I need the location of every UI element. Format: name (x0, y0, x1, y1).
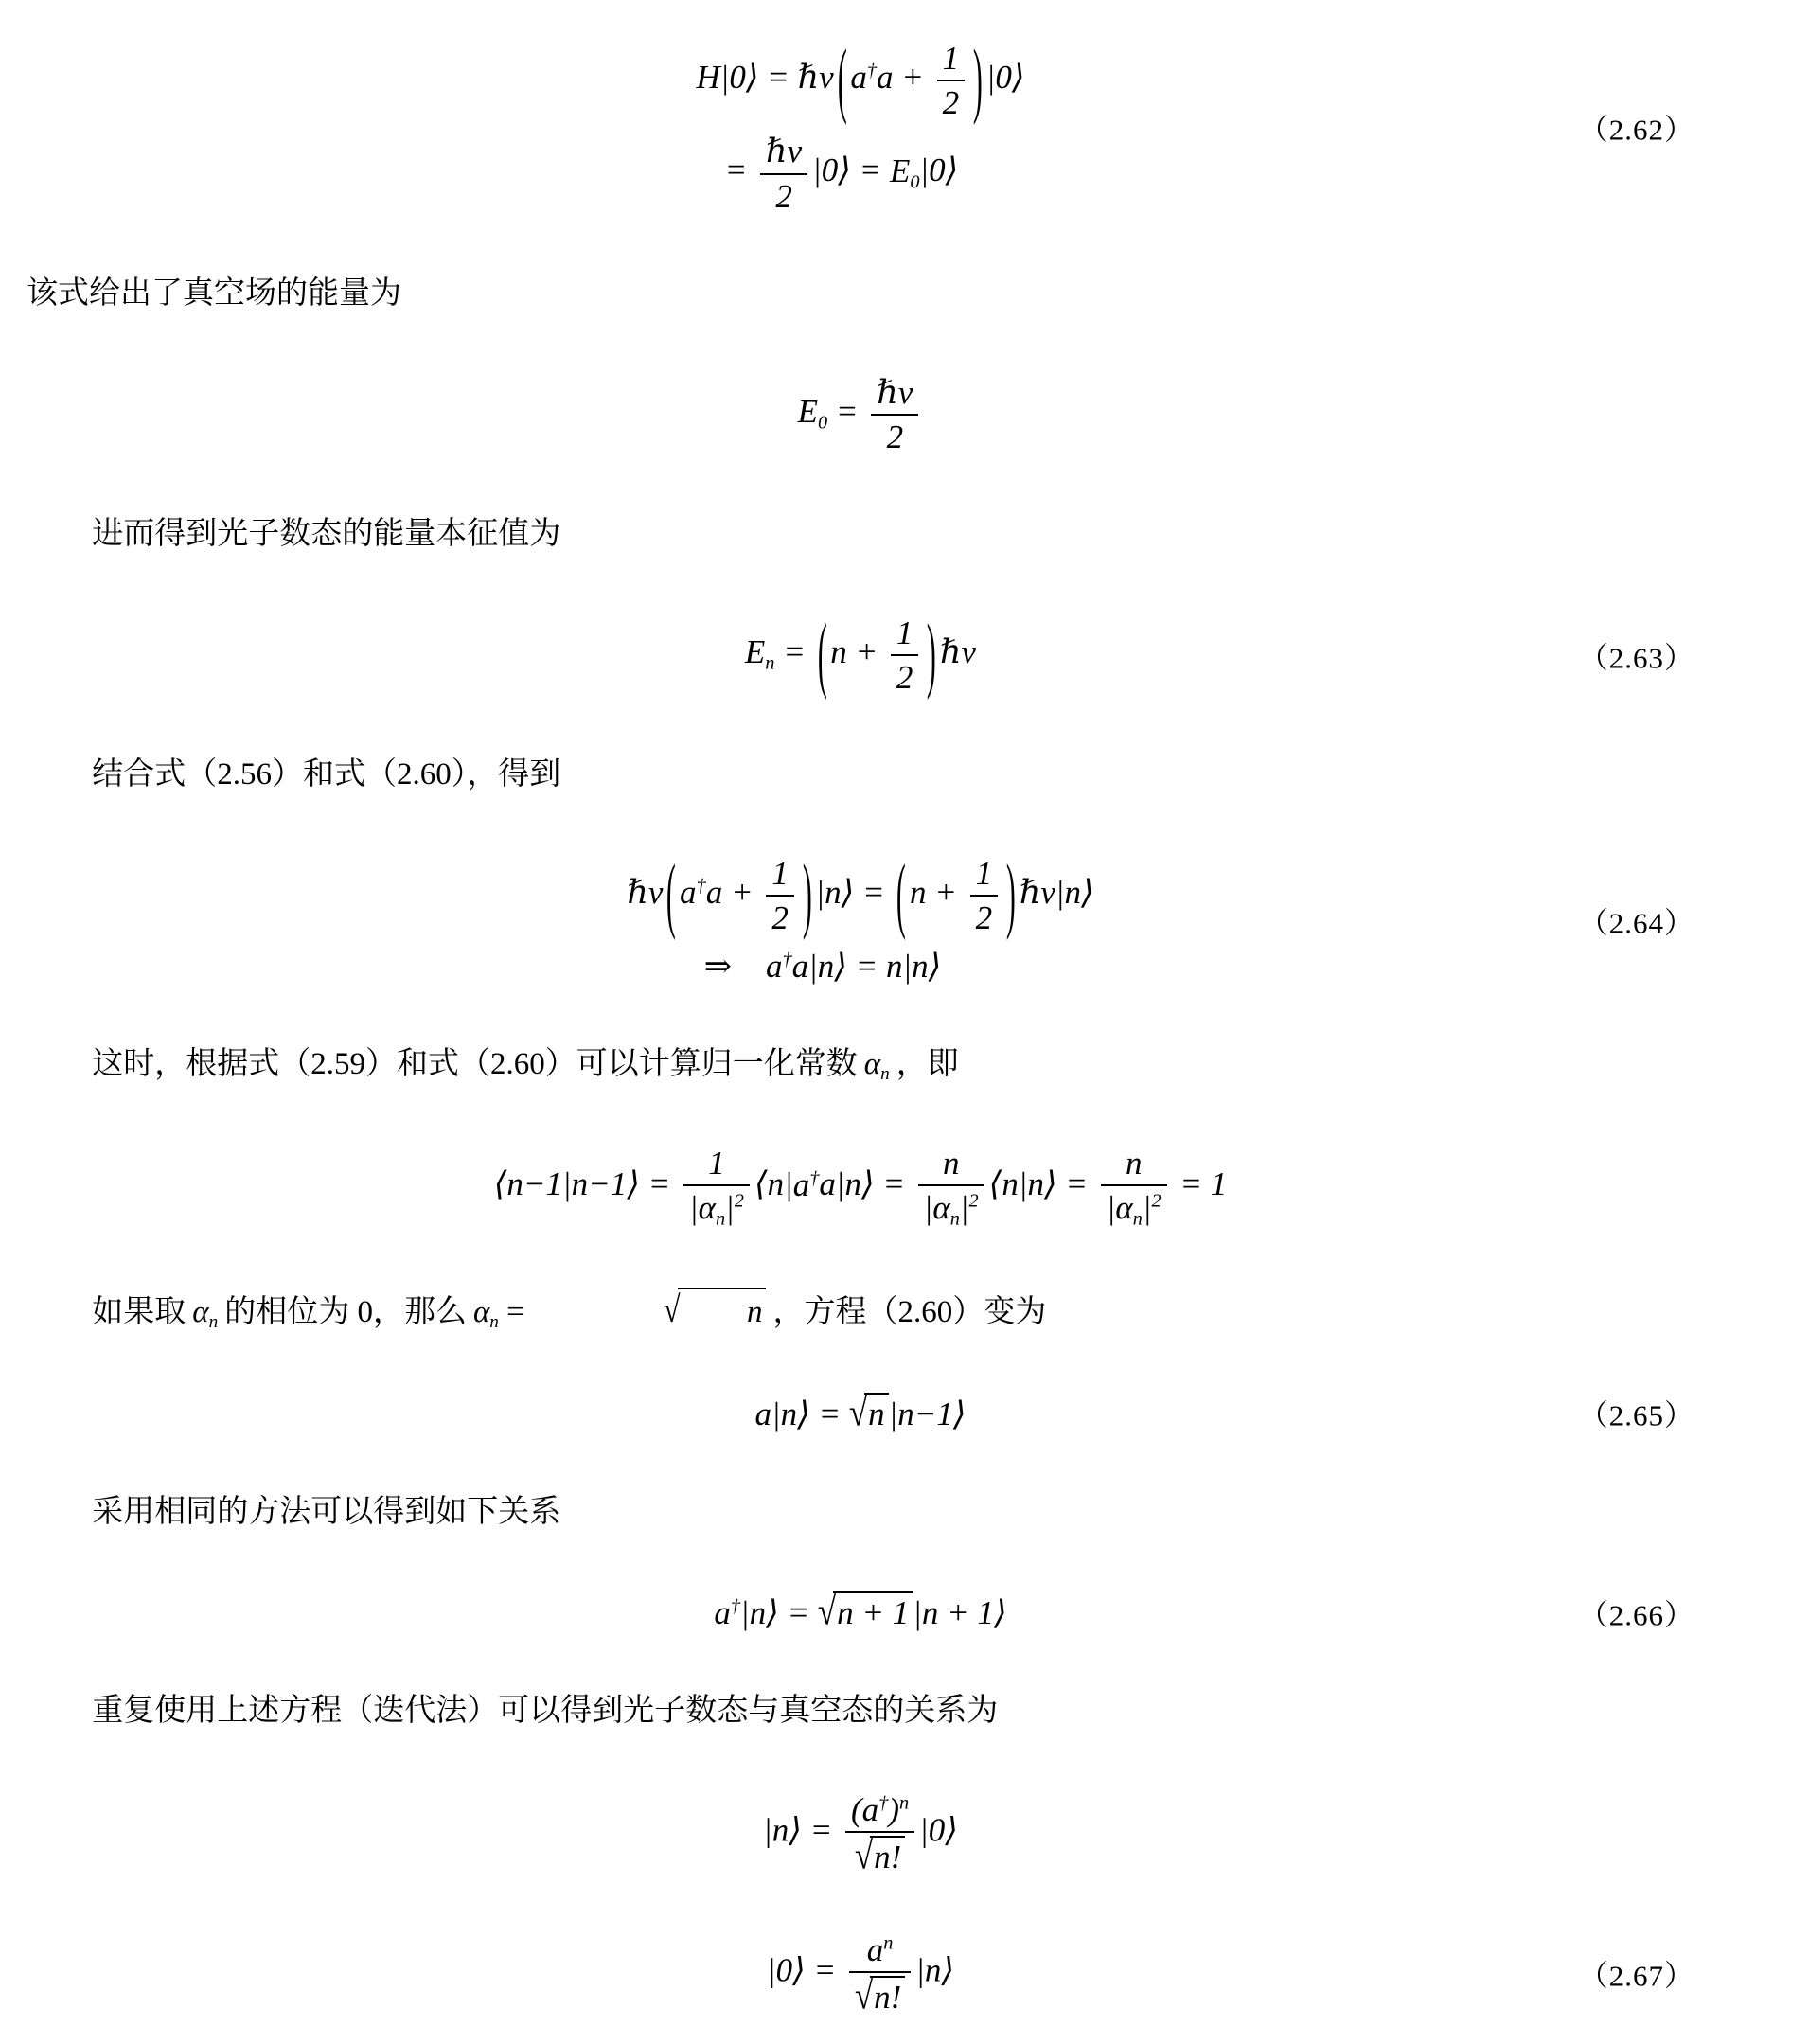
fraction: 1|αn|2 (683, 1145, 750, 1230)
scripted-symbol: a† (714, 1594, 740, 1631)
radical-sign: √ (818, 1590, 836, 1634)
math-text: 1 (708, 1145, 725, 1182)
paragraph: 结合式（2.56）和式（2.60），得到 (27, 753, 1694, 798)
fraction-numerator: (a†)n (845, 1791, 914, 1831)
math-text: |n⟩ = (740, 1594, 818, 1631)
fraction-numerator: 1 (683, 1145, 750, 1184)
fraction-numerator: n (1101, 1145, 1167, 1184)
normalization-equation: ⟨n−1|n−1⟩ = 1|αn|2⟨n|a†a|n⟩ = n|αn|2⟨n|n… (27, 1133, 1694, 1241)
equation-line: E0 = ℏv2 (798, 374, 924, 455)
scripted-symbol: E0 (798, 393, 828, 430)
math-text: |0⟩ = (767, 1951, 844, 1988)
math-text: 2 (887, 418, 904, 455)
equation-line: = ℏv2|0⟩ = E0|0⟩ (696, 133, 1024, 214)
superscript: † (783, 950, 792, 970)
math-text: ℏv (877, 374, 913, 411)
math-text: ⟨n|n⟩ = (989, 1166, 1096, 1203)
scripted-symbol: a† (680, 874, 706, 911)
equation-lines: |n⟩ = (a†)n√n!|0⟩ (763, 1780, 958, 1887)
equation-2-62: H|0⟩ = ℏv(a†a + 12)|0⟩= ℏv2|0⟩ = E0|0⟩（2… (27, 28, 1694, 226)
math-text: ℏv (766, 133, 802, 169)
subscript: n (765, 653, 774, 674)
equation-lines: H|0⟩ = ℏv(a†a + 12)|0⟩= ℏv2|0⟩ = E0|0⟩ (696, 28, 1024, 226)
base-symbol: | (960, 1189, 969, 1226)
math-upright: ⇒ (704, 948, 732, 985)
math-text: |0⟩ (986, 59, 1025, 96)
math-text: |n⟩ (915, 1951, 954, 1988)
base-symbol: α (192, 1295, 208, 1329)
text-run: 采用相同的方法可以得到如下关系 (92, 1495, 560, 1529)
base-symbol: E (890, 152, 910, 189)
fraction: ℏv2 (760, 133, 807, 214)
text-run: 该式给出了真空场的能量为 (27, 276, 401, 311)
equation-lines: ℏv(a†a + 12)|n⟩ = (n + 12)ℏv|n⟩⇒a†a|n⟩ =… (627, 844, 1093, 997)
math-text: 2 (896, 659, 913, 696)
equation-line: |0⟩ = an√n!|n⟩ (767, 1931, 954, 2016)
base-symbol: a (714, 1594, 731, 1631)
left-paren: ( (896, 847, 906, 944)
square-root: √n! (855, 1836, 905, 1875)
math-text: 2 (943, 84, 960, 121)
square-root: √n! (855, 1976, 905, 2016)
fraction-numerator: n (918, 1145, 984, 1184)
text-run: 的相位为 0，那么 (224, 1295, 467, 1329)
paren-inner: a†a + 12 (850, 59, 969, 96)
equation-2-66: a†|n⟩ = √n + 1|n + 1⟩（2.66） (27, 1580, 1694, 1644)
math-text: 1 (896, 614, 913, 651)
math-text: | (1107, 1189, 1116, 1226)
math-text: |0⟩ (920, 152, 959, 189)
text-run: ，即 (896, 1047, 959, 1081)
base-symbol: E (745, 633, 765, 670)
paragraph: 这时，根据式（2.59）和式（2.60）可以计算归一化常数αn，即 (27, 1042, 1694, 1088)
radical-sign: √ (849, 1390, 867, 1434)
math-text: a + (877, 59, 932, 96)
equation-line: ℏv(a†a + 12)|n⟩ = (n + 12)ℏv|n⟩ (627, 855, 1093, 936)
paragraph: 该式给出了真空场的能量为 (27, 272, 1694, 317)
fraction-denominator: 2 (760, 173, 807, 215)
math-text: n (747, 1295, 763, 1329)
math-text: 1 (943, 40, 960, 77)
paragraph: 重复使用上述方程（迭代法）可以得到光子数态与真空态的关系为 (27, 1689, 1694, 1734)
fraction-numerator: an (849, 1931, 911, 1971)
math-spacer (958, 181, 996, 182)
fraction-denominator: 2 (891, 654, 919, 696)
square-root: √n (849, 1393, 889, 1433)
scripted-symbol: αn (473, 1295, 499, 1329)
equation-lines: a|n⟩ = √n|n−1⟩ (754, 1381, 966, 1445)
equation-lines: En = (n + 12)ℏv (745, 603, 976, 707)
base-symbol: a (793, 1166, 810, 1203)
subscript: n (716, 1209, 725, 1230)
base-symbol: a (862, 1791, 879, 1828)
square-root: √n + 1 (818, 1591, 913, 1632)
equation-number: （2.66） (1579, 1591, 1694, 1633)
fraction-denominator: |αn|2 (918, 1184, 984, 1230)
base-symbol: a (766, 948, 783, 985)
math-text: |n⟩ = (763, 1812, 841, 1849)
inline-math: αn = √n (473, 1295, 767, 1329)
base-symbol: | (1143, 1189, 1152, 1226)
radicand: n (678, 1288, 767, 1336)
scripted-symbol: a† (850, 59, 877, 96)
scripted-symbol: a† (862, 1791, 889, 1828)
fraction-denominator: 2 (871, 414, 918, 455)
inline-math: αn (192, 1295, 218, 1329)
equation-number: （2.65） (1579, 1392, 1694, 1434)
equation-lines: |0⟩ = an√n!|n⟩ (767, 1920, 954, 2027)
text-run: 这时，根据式（2.59）和式（2.60）可以计算归一化常数 (92, 1047, 858, 1081)
left-paren: ( (666, 847, 676, 944)
subscript: 0 (818, 412, 827, 433)
scripted-symbol: αn (1115, 1189, 1143, 1226)
superscript: † (809, 1167, 819, 1188)
subscript: n (950, 1209, 960, 1230)
paren-inner: a†a + 12 (680, 874, 799, 911)
math-text: 1 (771, 855, 789, 892)
scripted-symbol: αn (864, 1047, 890, 1081)
math-text: = 1 (1172, 1166, 1228, 1203)
fraction: 12 (766, 855, 794, 936)
base-symbol: α (932, 1189, 949, 1226)
paren-inner: n + 12 (910, 874, 1002, 911)
superscript: n (883, 1932, 893, 1953)
equation-line: ⟨n−1|n−1⟩ = 1|αn|2⟨n|a†a|n⟩ = n|αn|2⟨n|n… (494, 1145, 1228, 1230)
fraction-numerator: 1 (766, 855, 794, 895)
fraction-denominator: √n! (849, 1971, 911, 2016)
fraction-numerator: 1 (937, 40, 966, 80)
math-text: = (725, 152, 755, 189)
inline-math: αn (864, 1047, 890, 1081)
fraction-denominator: √n! (845, 1831, 914, 1875)
paren-inner: n + 12 (830, 633, 923, 670)
base-symbol: α (864, 1047, 880, 1081)
base-symbol: | (725, 1189, 735, 1226)
base-symbol: α (1115, 1189, 1132, 1226)
subscript: n (209, 1312, 219, 1332)
math-text: ℏv (627, 874, 663, 911)
math-text: = (774, 633, 813, 670)
fraction-denominator: |αn|2 (1101, 1184, 1167, 1230)
document-page: H|0⟩ = ℏv(a†a + 12)|0⟩= ℏv2|0⟩ = E0|0⟩（2… (0, 0, 1809, 2044)
fraction-numerator: ℏv (760, 133, 807, 172)
math-text: |n⟩ = (815, 874, 893, 911)
subscript: n (1133, 1209, 1143, 1230)
equation-lines: a†|n⟩ = √n + 1|n + 1⟩ (714, 1580, 1006, 1644)
scripted-symbol: )n (888, 1791, 909, 1828)
radicand: n + 1 (833, 1591, 913, 1632)
superscript: 2 (969, 1191, 979, 1212)
text-run: 如果取 (92, 1295, 186, 1329)
vacuum-energy-equation: E0 = ℏv2 (27, 363, 1694, 467)
fraction: (a†)n√n! (845, 1791, 914, 1875)
radical-sign: √ (855, 1974, 873, 2017)
equation-2-65: a|n⟩ = √n|n−1⟩（2.65） (27, 1381, 1694, 1445)
equation-2-63: En = (n + 12)ℏv（2.63） (27, 603, 1694, 707)
superscript: † (697, 876, 706, 897)
base-symbol: a (680, 874, 697, 911)
math-upright: = (499, 1295, 532, 1329)
fraction-denominator: 2 (937, 80, 966, 121)
fraction: 12 (937, 40, 966, 121)
text-run: 重复使用上述方程（迭代法）可以得到光子数态与真空态的关系为 (92, 1694, 998, 1728)
fraction: an√n! (849, 1931, 911, 2016)
equation-line: En = (n + 12)ℏv (745, 614, 976, 696)
scripted-symbol: αn (192, 1295, 218, 1329)
fraction-denominator: 2 (766, 895, 794, 936)
scripted-symbol: αn (932, 1189, 960, 1226)
equation-2-67: |0⟩ = an√n!|n⟩（2.67） (27, 1920, 1694, 2027)
math-text: a|n⟩ = (754, 1395, 848, 1432)
fraction: 12 (970, 855, 999, 936)
math-text: 1 (976, 855, 993, 892)
equation-line: a†|n⟩ = √n + 1|n + 1⟩ (714, 1591, 1006, 1632)
math-text: n (1126, 1145, 1143, 1182)
math-text: ⟨n| (754, 1166, 793, 1203)
math-spacer (732, 976, 766, 977)
math-text: a + (706, 874, 762, 911)
base-symbol: a (850, 59, 867, 96)
math-text: a|n⟩ = (819, 1166, 913, 1203)
math-text: n (868, 1395, 885, 1432)
scripted-symbol: |2 (725, 1189, 744, 1226)
math-text: | (689, 1189, 699, 1226)
right-paren: ) (927, 607, 936, 703)
fraction: 12 (891, 614, 919, 696)
base-symbol: α (699, 1189, 716, 1226)
radicand: n! (870, 1976, 905, 2016)
scripted-symbol: a† (766, 948, 792, 985)
math-text: |n + 1⟩ (913, 1594, 1006, 1631)
superscript: n (899, 1793, 909, 1814)
superscript: † (731, 1596, 740, 1617)
left-paren: ( (838, 32, 847, 129)
left-paren: ( (817, 607, 826, 703)
number-state-from-vacuum-equation: |n⟩ = (a†)n√n!|0⟩ (27, 1780, 1694, 1887)
radicand: n! (870, 1836, 905, 1875)
math-text: |0⟩ = (812, 152, 890, 189)
equation-line: a|n⟩ = √n|n−1⟩ (754, 1393, 966, 1433)
equation-lines: ⟨n−1|n−1⟩ = 1|αn|2⟨n|a†a|n⟩ = n|αn|2⟨n|n… (494, 1133, 1228, 1241)
paragraph: 如果取αn的相位为 0，那么αn = √n，方程（2.60）变为 (27, 1288, 1694, 1336)
fraction: n|αn|2 (1101, 1145, 1167, 1230)
scripted-symbol: E0 (890, 152, 920, 189)
scripted-symbol: αn (699, 1189, 726, 1226)
equation-line: ⇒a†a|n⟩ = n|n⟩ (627, 948, 1093, 986)
math-text: |0⟩ (919, 1812, 958, 1849)
equation-line: |n⟩ = (a†)n√n!|0⟩ (763, 1791, 958, 1875)
right-paren: ) (1006, 847, 1016, 944)
superscript: † (867, 61, 877, 81)
scripted-symbol: an (867, 1931, 894, 1968)
math-text: 2 (976, 899, 993, 936)
scripted-symbol: En (745, 633, 775, 670)
fraction-numerator: 1 (970, 855, 999, 895)
equation-number: （2.64） (1579, 899, 1694, 942)
right-paren: ) (803, 847, 812, 944)
fraction-denominator: 2 (970, 895, 999, 936)
paragraph: 采用相同的方法可以得到如下关系 (27, 1490, 1694, 1536)
scripted-symbol: |2 (1143, 1189, 1162, 1226)
superscript: † (878, 1793, 888, 1814)
subscript: n (489, 1312, 499, 1332)
equation-number: （2.67） (1579, 1952, 1694, 1995)
fraction-numerator: ℏv (871, 374, 918, 414)
math-text: ℏv|n⟩ (1020, 874, 1094, 911)
radicand: n (864, 1393, 889, 1433)
paren-group: (a†a + 12) (663, 874, 815, 911)
math-text: |n−1⟩ (889, 1395, 967, 1432)
base-symbol: ) (888, 1791, 899, 1828)
math-spacer (941, 976, 1017, 977)
math-text: | (924, 1189, 933, 1226)
fraction: n|αn|2 (918, 1145, 984, 1230)
scripted-symbol: |2 (960, 1189, 979, 1226)
base-symbol: E (798, 393, 818, 430)
math-text: n + 1 (837, 1594, 909, 1631)
fraction: ℏv2 (871, 374, 918, 455)
paragraph: 进而得到光子数态的能量本征值为 (27, 512, 1694, 558)
math-text: n! (874, 1839, 901, 1875)
right-paren: ) (973, 32, 983, 129)
math-text: 2 (771, 899, 789, 936)
equation-lines: E0 = ℏv2 (798, 363, 924, 467)
math-text: n (943, 1145, 960, 1182)
math-text: n + (830, 633, 886, 670)
paren-group: (n + 12) (893, 874, 1019, 911)
math-text: a|n⟩ = n|n⟩ (792, 948, 942, 985)
fraction-denominator: |αn|2 (683, 1184, 750, 1230)
math-text: = (827, 393, 866, 430)
base-symbol: a (867, 1931, 884, 1968)
math-text: n + (910, 874, 966, 911)
equation-number: （2.63） (1579, 634, 1694, 677)
math-text: ℏv (940, 633, 976, 670)
radical-sign: √ (855, 1834, 873, 1877)
superscript: 2 (735, 1191, 744, 1212)
fraction-numerator: 1 (891, 614, 919, 654)
paren-group: (a†a + 12) (834, 59, 986, 96)
superscript: 2 (1152, 1191, 1162, 1212)
math-text: ( (851, 1791, 862, 1828)
subscript: 0 (910, 171, 919, 192)
equation-number: （2.62） (1579, 106, 1694, 149)
text-run: ，方程（2.60）变为 (772, 1295, 1046, 1329)
math-text: n! (874, 1979, 901, 2016)
radical-sign: √ (597, 1285, 680, 1338)
math-text: ⟨n−1|n−1⟩ = (494, 1166, 679, 1203)
equation-2-64: ℏv(a†a + 12)|n⟩ = (n + 12)ℏv|n⟩⇒a†a|n⟩ =… (27, 844, 1694, 997)
base-symbol: α (473, 1295, 489, 1329)
square-root: √n (532, 1288, 767, 1336)
text-run: 结合式（2.56）和式（2.60），得到 (92, 757, 560, 791)
math-text: 2 (775, 178, 792, 215)
scripted-symbol: a† (793, 1166, 820, 1203)
text-run: 进而得到光子数态的能量本征值为 (92, 517, 560, 551)
math-text: H|0⟩ = ℏv (696, 59, 833, 96)
equation-line: H|0⟩ = ℏv(a†a + 12)|0⟩ (696, 40, 1024, 121)
paren-group: (n + 12) (814, 633, 940, 670)
subscript: n (880, 1065, 890, 1085)
